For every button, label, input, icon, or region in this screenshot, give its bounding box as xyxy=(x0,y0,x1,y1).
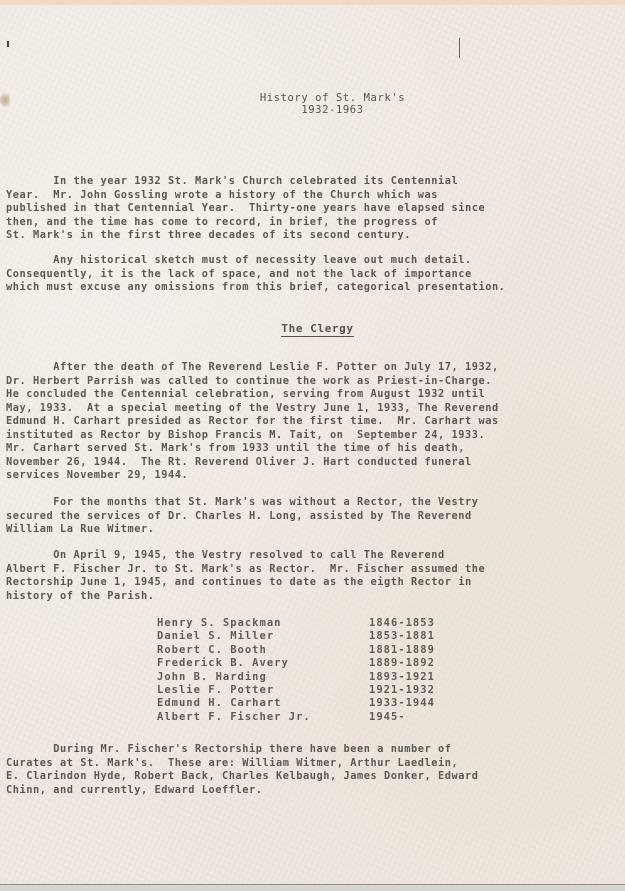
rector-name: John B. Harding xyxy=(157,671,369,684)
section-heading-clergy: The Clergy xyxy=(0,322,625,335)
rector-years: 1893-1921 xyxy=(369,671,459,684)
rector-row: Robert C. Booth 1881-1889 xyxy=(157,644,459,657)
section-heading-text: The Clergy xyxy=(281,322,353,337)
rector-years: 1853-1881 xyxy=(369,630,459,643)
rector-row: John B. Harding 1893-1921 xyxy=(157,671,459,684)
rector-row: Leslie F. Potter 1921-1932 xyxy=(157,684,459,697)
rector-name: Frederick B. Avery xyxy=(157,657,369,670)
rector-years: 1933-1944 xyxy=(369,697,459,710)
rector-years: 1846-1853 xyxy=(369,617,459,630)
intro-paragraph-1: In the year 1932 St. Mark's Church celeb… xyxy=(6,175,618,243)
document-page: History of St. Mark's 1932-1963 In the y… xyxy=(0,0,625,884)
rector-row: Henry S. Spackman 1846-1853 xyxy=(157,617,459,630)
rector-name: Henry S. Spackman xyxy=(157,617,369,630)
clergy-paragraph-3: On April 9, 1945, the Vestry resolved to… xyxy=(6,549,618,603)
curates-paragraph: During Mr. Fischer's Rectorship there ha… xyxy=(6,743,618,797)
document-subtitle: 1932-1963 xyxy=(0,104,625,116)
clergy-paragraph-2: For the months that St. Mark's was witho… xyxy=(6,496,618,537)
scan-bottom-edge xyxy=(0,884,625,891)
rector-years: 1945- xyxy=(369,711,459,724)
clergy-paragraph-1: After the death of The Reverend Leslie F… xyxy=(6,361,618,483)
rector-years: 1881-1889 xyxy=(369,644,459,657)
rector-row: Albert F. Fischer Jr. 1945- xyxy=(157,711,459,724)
rector-name: Daniel S. Miller xyxy=(157,630,369,643)
intro-paragraph-2: Any historical sketch must of necessity … xyxy=(6,254,618,295)
rector-name: Edmund H. Carhart xyxy=(157,697,369,710)
rector-row: Frederick B. Avery 1889-1892 xyxy=(157,657,459,670)
rector-row: Edmund H. Carhart 1933-1944 xyxy=(157,697,459,710)
pencil-mark-left xyxy=(7,41,9,47)
pencil-mark-right xyxy=(459,38,460,58)
rector-name: Albert F. Fischer Jr. xyxy=(157,711,369,724)
rector-years: 1921-1932 xyxy=(369,684,459,697)
rector-row: Daniel S. Miller 1853-1881 xyxy=(157,630,459,643)
document-title: History of St. Mark's xyxy=(0,92,625,104)
rector-years: 1889-1892 xyxy=(369,657,459,670)
rector-name: Robert C. Booth xyxy=(157,644,369,657)
rectors-list: Henry S. Spackman 1846-1853 Daniel S. Mi… xyxy=(157,617,459,724)
rector-name: Leslie F. Potter xyxy=(157,684,369,697)
